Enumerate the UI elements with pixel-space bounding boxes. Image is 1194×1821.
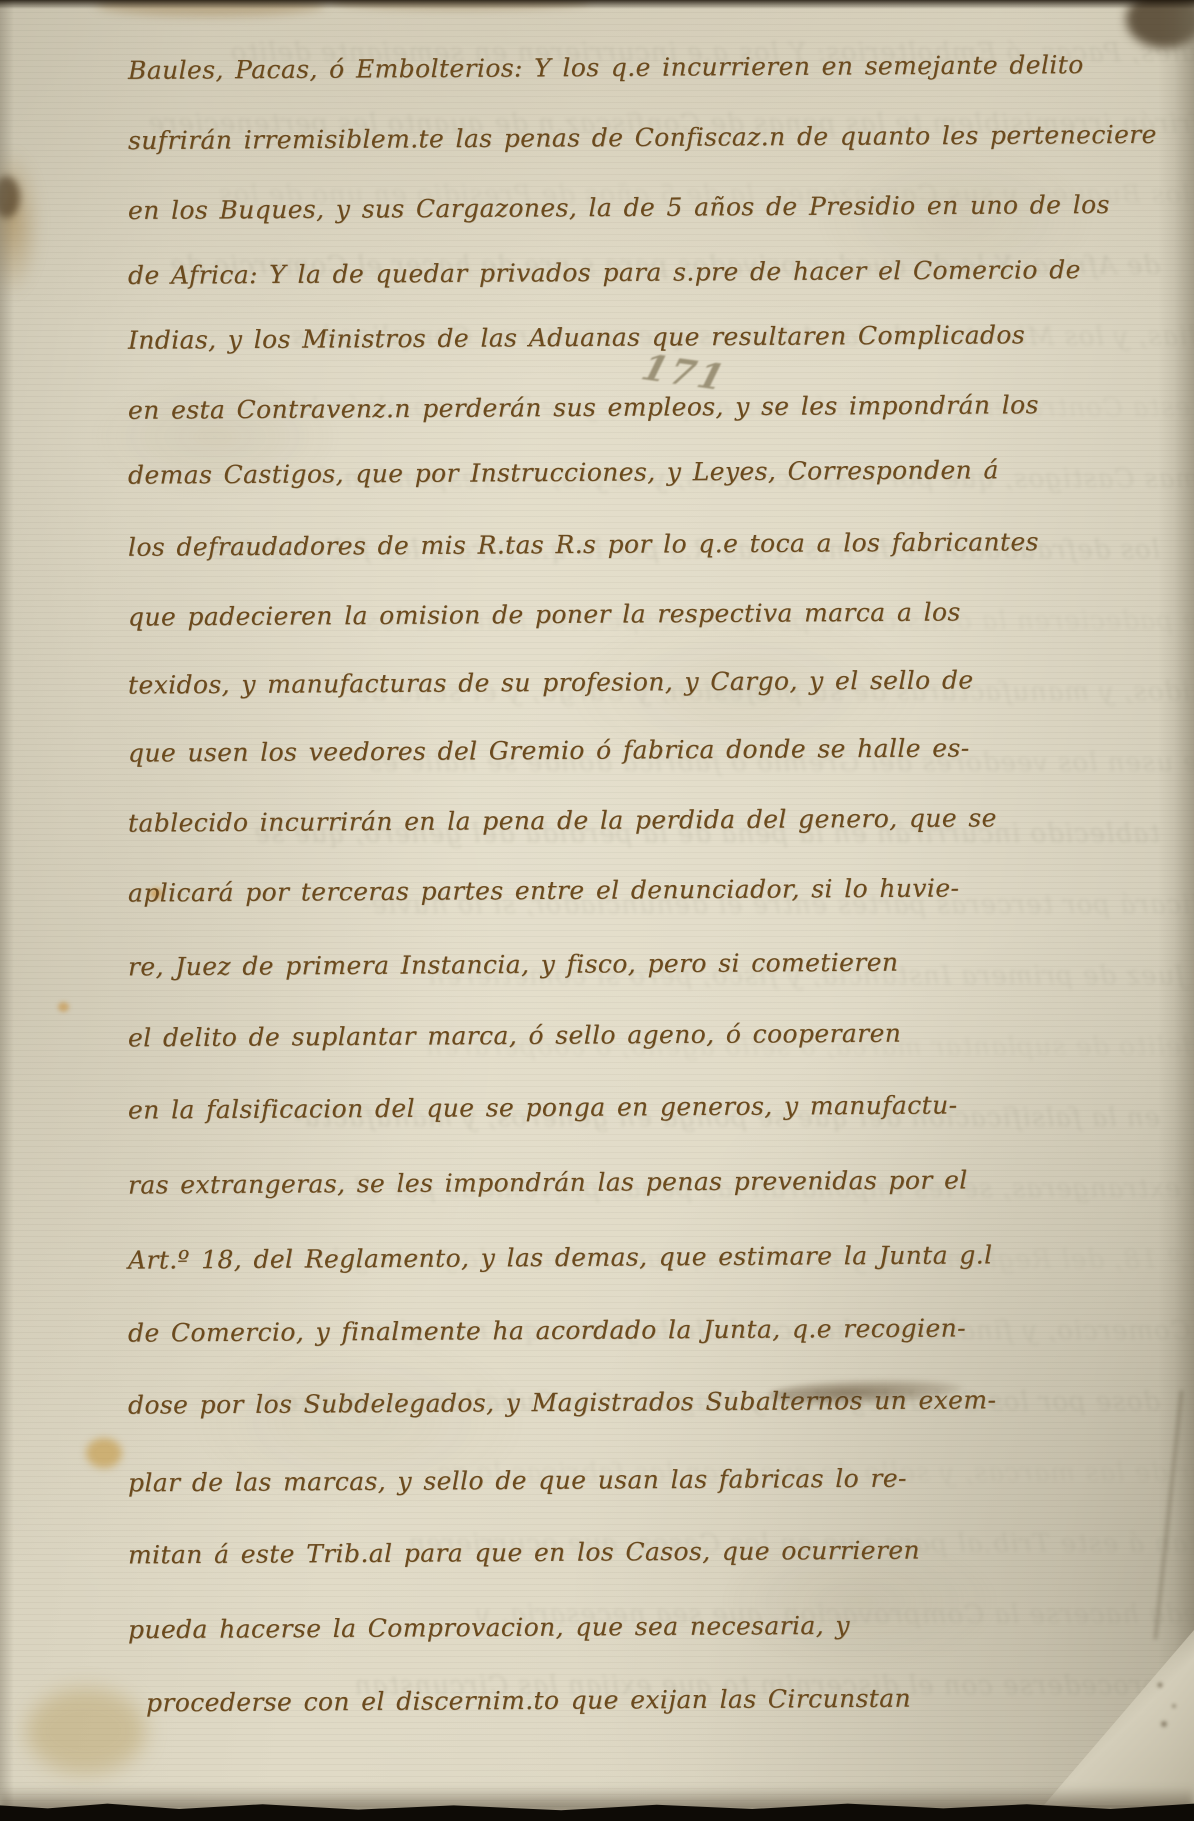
scan-edge-top	[0, 0, 1194, 9]
manuscript-line: sufrirán irremisiblem.te las penas de Co…	[128, 122, 1157, 153]
folio-number-stamp: 171	[633, 347, 736, 398]
manuscript-line: los defraudadores de mis R.tas R.s por l…	[128, 529, 1039, 560]
manuscript-line: aplicará por terceras partes entre el de…	[128, 875, 959, 905]
manuscript-line: de Comercio, y finalmente ha acordado la…	[128, 1315, 966, 1345]
manuscript-line: en los Buques, y sus Cargazones, la de 5…	[128, 192, 1110, 223]
manuscript-line: texidos, y manufacturas de su profesion,…	[128, 667, 974, 697]
manuscript-line: en la falsificacion del que se ponga en …	[128, 1092, 958, 1122]
handwriting-layer: 171 Baules, Pacas, ó Embolterios: Y los …	[0, 0, 1194, 1821]
manuscript-line: en esta Contravenz.n perderán sus empleo…	[128, 392, 1039, 423]
manuscript-line: plar de las marcas, y sello de que usan …	[128, 1466, 907, 1496]
manuscript-line: tablecido incurrirán en la pena de la pe…	[128, 805, 997, 835]
manuscript-line: de Africa: Y la de quedar privados para …	[128, 257, 1081, 288]
scanned-document: Baules, Pacas, ó Embolterios: Y los q.e …	[0, 0, 1194, 1821]
manuscript-line: demas Castigos, que por Instrucciones, y…	[128, 457, 999, 487]
corner-dark-specks	[1148, 1673, 1188, 1733]
manuscript-line: que padecieren la omision de poner la re…	[128, 599, 961, 629]
page-left-edge-shading	[0, 0, 14, 1821]
manuscript-line: mitan á este Trib.al para que en los Cas…	[128, 1538, 920, 1568]
manuscript-line: Baules, Pacas, ó Embolterios: Y los q.e …	[128, 52, 1084, 83]
manuscript-line: procederse con el discernim.to que exija…	[146, 1686, 911, 1716]
manuscript-line: el delito de suplantar marca, ó sello ag…	[128, 1021, 901, 1051]
manuscript-line: ras extrangeras, se les impondrán las pe…	[128, 1167, 968, 1197]
manuscript-line: Art.º 18, del Reglamento, y las demas, q…	[128, 1242, 993, 1272]
manuscript-line: re, Juez de primera Instancia, y fisco, …	[128, 950, 899, 980]
manuscript-line: pueda hacerse la Comprovacion, que sea n…	[128, 1613, 850, 1642]
manuscript-line: Indias, y los Ministros de las Aduanas q…	[128, 322, 1025, 352]
manuscript-line: que usen los veedores del Gremio ó fabri…	[128, 735, 970, 765]
